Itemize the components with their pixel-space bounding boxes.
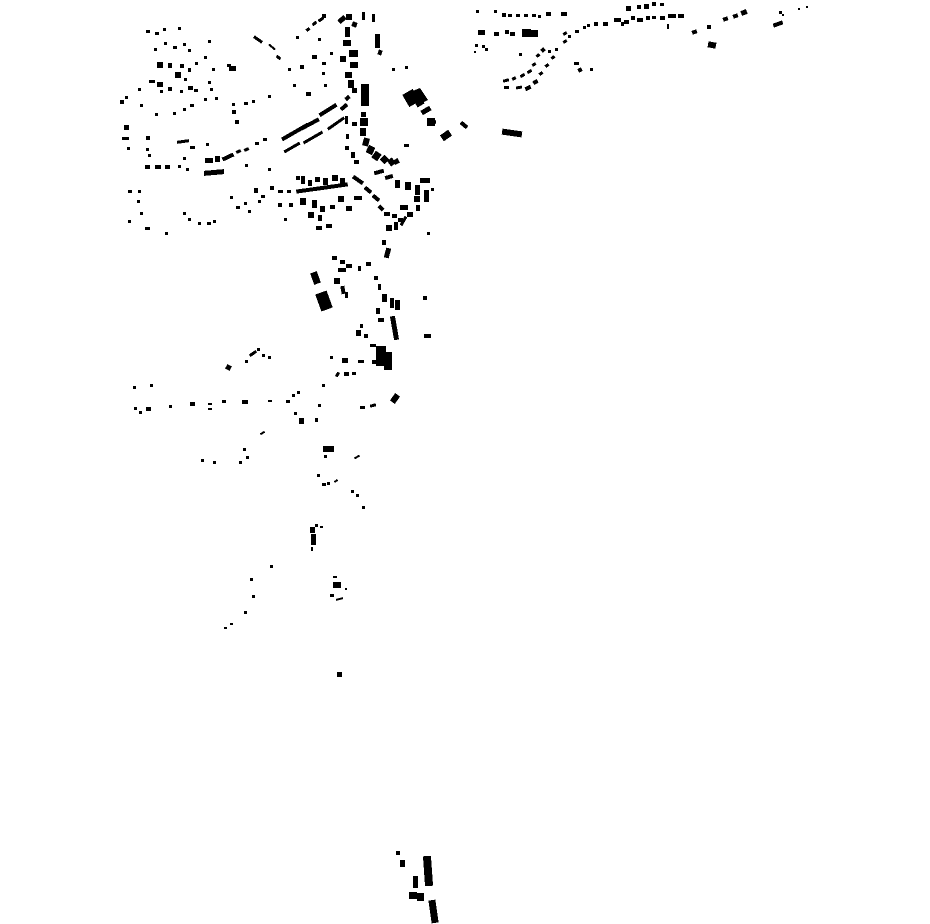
building-footprint <box>289 203 293 207</box>
building-footprint <box>324 455 327 458</box>
building-footprint <box>351 490 354 493</box>
building-footprint <box>561 12 567 16</box>
building-footprint <box>362 12 365 20</box>
building-footprint <box>678 14 684 18</box>
building-footprint <box>248 210 251 213</box>
building-footprint <box>317 474 320 477</box>
building-footprint <box>173 112 176 115</box>
building-footprint <box>286 400 290 403</box>
building-footprint <box>338 196 344 202</box>
building-footprint <box>293 84 296 87</box>
building-footprint <box>160 90 163 93</box>
building-footprint <box>294 412 297 415</box>
building-footprint <box>485 48 488 51</box>
building-footprint <box>252 595 255 598</box>
building-footprint <box>360 406 365 409</box>
building-footprint <box>146 148 149 151</box>
building-footprint <box>242 400 248 404</box>
building-footprint <box>155 113 158 116</box>
map-background <box>0 0 930 924</box>
building-footprint <box>239 461 242 464</box>
building-footprint <box>343 40 351 46</box>
building-footprint <box>404 144 409 147</box>
round-building-footprint <box>428 118 436 126</box>
building-footprint <box>583 26 586 29</box>
building-footprint <box>300 65 304 69</box>
building-footprint <box>354 160 359 164</box>
building-footprint <box>145 165 150 169</box>
building-footprint <box>150 384 153 387</box>
building-footprint <box>148 154 151 157</box>
building-footprint <box>208 408 212 410</box>
building-footprint <box>330 594 334 597</box>
building-footprint <box>201 459 204 462</box>
building-footprint <box>626 6 631 11</box>
building-footprint <box>332 256 337 260</box>
building-footprint <box>644 4 649 9</box>
building-footprint <box>268 400 272 402</box>
building-footprint <box>346 14 352 20</box>
building-footprint <box>154 48 157 51</box>
building-footprint <box>424 190 429 202</box>
building-footprint <box>296 36 299 39</box>
building-footprint <box>405 66 408 69</box>
building-footprint <box>326 224 332 228</box>
building-footprint <box>646 16 650 20</box>
building-footprint <box>414 196 420 202</box>
building-footprint <box>194 89 198 92</box>
building-footprint <box>140 104 143 107</box>
building-footprint <box>637 5 641 9</box>
building-footprint <box>332 175 338 181</box>
building-footprint <box>475 44 478 47</box>
building-footprint <box>183 212 186 215</box>
building-footprint <box>378 284 381 290</box>
building-footprint <box>252 100 255 103</box>
building-footprint <box>519 53 522 56</box>
building-footprint <box>476 10 479 13</box>
building-footprint <box>312 55 317 59</box>
building-footprint <box>340 56 346 62</box>
building-footprint <box>243 448 246 451</box>
building-footprint <box>184 78 187 81</box>
building-footprint <box>333 576 337 578</box>
building-footprint <box>204 98 207 101</box>
building-footprint <box>524 14 528 17</box>
building-footprint <box>138 88 141 91</box>
building-footprint <box>178 165 181 168</box>
building-footprint <box>405 182 411 190</box>
building-footprint <box>396 851 400 855</box>
building-footprint <box>207 222 211 225</box>
building-footprint <box>205 158 213 163</box>
building-footprint <box>137 200 140 203</box>
building-footprint <box>230 623 233 625</box>
building-footprint <box>210 88 213 91</box>
building-footprint <box>504 86 509 89</box>
building-footprint <box>195 62 198 65</box>
building-footprint <box>546 12 551 16</box>
building-footprint <box>400 205 408 210</box>
building-footprint <box>232 110 236 114</box>
building-footprint <box>382 240 386 245</box>
building-footprint <box>330 356 333 359</box>
building-footprint <box>311 534 316 545</box>
building-footprint <box>215 97 218 100</box>
building-footprint <box>340 260 345 264</box>
building-footprint <box>146 136 150 140</box>
building-footprint <box>390 298 394 308</box>
building-footprint <box>505 30 509 34</box>
building-footprint <box>208 403 212 405</box>
building-footprint <box>215 156 220 162</box>
building-footprint <box>352 88 357 93</box>
building-footprint <box>494 32 499 36</box>
building-footprint <box>652 16 656 19</box>
building-footprint <box>183 157 186 160</box>
building-footprint <box>230 196 233 199</box>
building-footprint <box>360 324 363 328</box>
building-footprint <box>323 178 328 185</box>
building-footprint <box>364 334 368 338</box>
building-footprint <box>348 80 354 88</box>
building-footprint <box>330 52 333 55</box>
building-footprint <box>352 122 357 126</box>
building-footprint <box>188 49 191 52</box>
figure-ground-map <box>0 0 930 924</box>
building-footprint <box>128 190 132 193</box>
building-footprint <box>133 386 136 389</box>
building-footprint <box>124 125 129 130</box>
building-footprint <box>344 372 349 376</box>
building-footprint <box>235 120 239 124</box>
building-footprint <box>574 62 579 65</box>
building-footprint <box>180 64 184 68</box>
building-footprint <box>522 29 531 37</box>
building-footprint <box>346 264 352 268</box>
building-footprint <box>382 294 387 302</box>
building-footprint <box>330 205 335 209</box>
building-footprint <box>660 16 665 20</box>
building-footprint <box>400 860 405 867</box>
building-footprint <box>190 104 194 107</box>
building-footprint <box>333 582 341 588</box>
building-footprint <box>208 81 211 84</box>
building-footprint <box>255 142 259 145</box>
building-footprint <box>190 146 195 149</box>
building-footprint <box>782 14 784 16</box>
building-footprint <box>268 168 271 171</box>
building-footprint <box>538 15 541 18</box>
building-footprint <box>190 402 195 406</box>
building-footprint <box>268 95 271 98</box>
building-footprint <box>254 188 258 193</box>
building-footprint <box>183 43 186 46</box>
building-footprint <box>236 206 240 209</box>
building-footprint <box>327 482 330 485</box>
building-footprint <box>660 3 664 6</box>
building-footprint <box>315 418 318 422</box>
building-footprint <box>173 46 177 49</box>
building-footprint <box>169 405 172 408</box>
building-footprint <box>270 186 274 190</box>
building-footprint <box>157 62 163 68</box>
building-footprint <box>516 14 520 17</box>
building-footprint <box>358 266 361 271</box>
building-footprint <box>186 168 189 171</box>
building-footprint <box>798 8 800 10</box>
building-footprint <box>178 27 181 30</box>
building-footprint <box>258 200 261 203</box>
building-footprint <box>342 358 348 363</box>
building-footprint <box>376 308 380 314</box>
building-footprint <box>631 16 635 20</box>
building-footprint <box>652 2 656 6</box>
building-footprint <box>407 212 413 217</box>
building-footprint <box>146 407 151 411</box>
building-footprint <box>568 35 571 38</box>
building-footprint <box>168 87 172 91</box>
building-footprint <box>297 391 300 394</box>
building-footprint <box>183 108 186 111</box>
building-footprint <box>532 14 536 17</box>
building-footprint <box>146 30 150 33</box>
building-footprint <box>292 394 295 397</box>
building-footprint <box>806 6 808 8</box>
building-footprint <box>320 206 325 212</box>
building-footprint <box>229 66 236 71</box>
building-footprint <box>165 232 168 235</box>
building-footprint <box>384 212 390 216</box>
building-footprint <box>323 446 334 452</box>
building-footprint <box>345 588 347 590</box>
building-footprint <box>384 352 392 370</box>
building-footprint <box>246 456 249 459</box>
building-footprint <box>261 195 265 198</box>
building-footprint <box>637 18 643 22</box>
building-footprint <box>372 360 376 364</box>
building-footprint <box>198 222 201 225</box>
building-footprint <box>346 206 352 211</box>
building-footprint <box>356 330 361 336</box>
building-footprint <box>409 892 417 899</box>
building-footprint <box>257 348 260 351</box>
building-footprint <box>624 20 629 24</box>
building-footprint <box>312 200 317 208</box>
building-footprint <box>416 205 420 211</box>
building-footprint <box>212 68 215 71</box>
building-footprint <box>168 63 172 68</box>
building-footprint <box>614 18 621 22</box>
building-footprint <box>370 344 376 347</box>
building-footprint <box>345 72 352 78</box>
building-footprint <box>366 262 371 266</box>
building-footprint <box>338 268 346 272</box>
building-footprint <box>531 30 538 37</box>
building-footprint <box>155 165 161 169</box>
building-footprint <box>358 360 364 363</box>
building-footprint <box>431 188 434 191</box>
building-footprint <box>138 190 141 193</box>
building-footprint <box>163 28 166 31</box>
building-footprint <box>278 190 283 193</box>
building-footprint <box>594 22 598 26</box>
building-footprint <box>415 185 420 195</box>
building-footprint <box>284 218 287 221</box>
building-footprint <box>361 112 366 117</box>
building-footprint <box>213 220 216 223</box>
building-footprint <box>222 400 226 403</box>
building-footprint <box>508 14 512 17</box>
building-footprint <box>334 278 340 284</box>
building-footprint <box>250 578 253 581</box>
building-footprint <box>392 68 395 71</box>
building-footprint <box>621 22 624 26</box>
building-footprint <box>779 11 782 14</box>
building-footprint <box>262 354 265 357</box>
building-footprint <box>349 50 358 57</box>
building-footprint <box>345 292 348 298</box>
building-footprint <box>423 296 427 300</box>
building-footprint <box>510 32 515 36</box>
building-footprint <box>668 14 676 18</box>
building-footprint <box>354 196 362 200</box>
building-footprint <box>139 411 142 414</box>
building-footprint <box>350 62 358 68</box>
building-footprint <box>478 30 485 35</box>
building-footprint <box>315 177 320 182</box>
building-footprint <box>420 178 430 183</box>
building-footprint <box>244 102 248 105</box>
building-footprint <box>288 68 291 71</box>
building-footprint <box>263 138 267 141</box>
building-footprint <box>316 226 322 230</box>
building-footprint <box>149 80 155 83</box>
building-footprint <box>337 672 342 677</box>
building-footprint <box>306 92 311 96</box>
building-footprint <box>322 14 326 18</box>
building-footprint <box>548 50 551 53</box>
building-footprint <box>318 215 322 221</box>
building-footprint <box>590 68 593 71</box>
building-footprint <box>244 611 247 614</box>
building-footprint <box>232 103 235 106</box>
building-footprint <box>320 526 323 528</box>
building-footprint <box>120 100 124 104</box>
building-footprint <box>180 90 183 93</box>
building-footprint <box>362 506 365 509</box>
building-footprint <box>145 227 150 230</box>
building-footprint <box>278 203 282 207</box>
building-footprint <box>208 40 211 43</box>
building-footprint <box>188 218 191 221</box>
building-footprint <box>394 222 398 230</box>
building-footprint <box>244 202 247 205</box>
building-footprint <box>427 232 430 235</box>
building-footprint <box>374 276 378 280</box>
building-footprint <box>322 384 325 387</box>
building-footprint <box>502 13 506 17</box>
building-footprint <box>322 483 326 486</box>
building-footprint <box>494 10 497 13</box>
building-footprint <box>392 214 397 218</box>
building-footprint <box>395 180 400 188</box>
building-footprint <box>299 418 304 424</box>
building-footprint <box>134 407 137 410</box>
building-footprint <box>352 372 356 375</box>
building-footprint <box>356 494 359 497</box>
building-footprint <box>300 198 306 205</box>
building-footprint <box>318 38 321 41</box>
building-footprint <box>164 42 167 45</box>
building-footprint <box>482 45 485 48</box>
building-footprint <box>395 300 400 310</box>
building-footprint <box>245 164 248 167</box>
building-footprint <box>603 22 608 26</box>
building-footprint <box>296 176 300 180</box>
building-footprint <box>315 524 318 527</box>
building-footprint <box>345 27 350 37</box>
building-footprint <box>308 180 312 186</box>
building-footprint <box>324 84 327 87</box>
building-footprint <box>310 527 315 533</box>
building-footprint <box>175 72 181 78</box>
building-footprint <box>707 25 711 29</box>
building-footprint <box>424 334 431 338</box>
building-footprint <box>224 627 227 629</box>
building-footprint <box>413 876 418 888</box>
building-footprint <box>386 225 392 231</box>
building-footprint <box>372 14 375 22</box>
building-footprint <box>667 24 669 29</box>
building-footprint <box>311 547 313 551</box>
building-footprint <box>345 116 348 124</box>
building-footprint <box>322 62 326 65</box>
building-footprint <box>378 318 384 322</box>
building-footprint <box>360 118 368 126</box>
building-footprint <box>128 220 131 223</box>
building-footprint <box>125 96 128 99</box>
building-footprint <box>188 86 193 90</box>
building-footprint <box>127 147 130 150</box>
building-footprint <box>287 190 291 193</box>
building-footprint <box>122 137 129 140</box>
building-footprint <box>417 893 424 901</box>
building-footprint <box>188 68 191 72</box>
building-footprint <box>270 565 273 568</box>
building-footprint <box>268 356 271 359</box>
building-footprint <box>345 146 349 150</box>
building-footprint <box>555 48 558 51</box>
building-footprint <box>204 56 207 59</box>
building-footprint <box>375 34 380 48</box>
building-footprint <box>245 360 248 363</box>
building-footprint <box>206 143 209 146</box>
building-footprint <box>308 212 314 218</box>
building-footprint <box>157 82 163 87</box>
building-footprint <box>474 51 476 53</box>
building-footprint <box>351 152 355 158</box>
building-footprint <box>165 165 170 169</box>
building-footprint <box>322 72 325 75</box>
building-footprint <box>318 404 321 407</box>
building-footprint <box>213 461 216 464</box>
building-footprint <box>360 128 366 136</box>
building-footprint <box>155 32 159 35</box>
building-footprint <box>346 134 349 139</box>
building-footprint <box>361 84 369 106</box>
building-footprint <box>301 176 305 184</box>
